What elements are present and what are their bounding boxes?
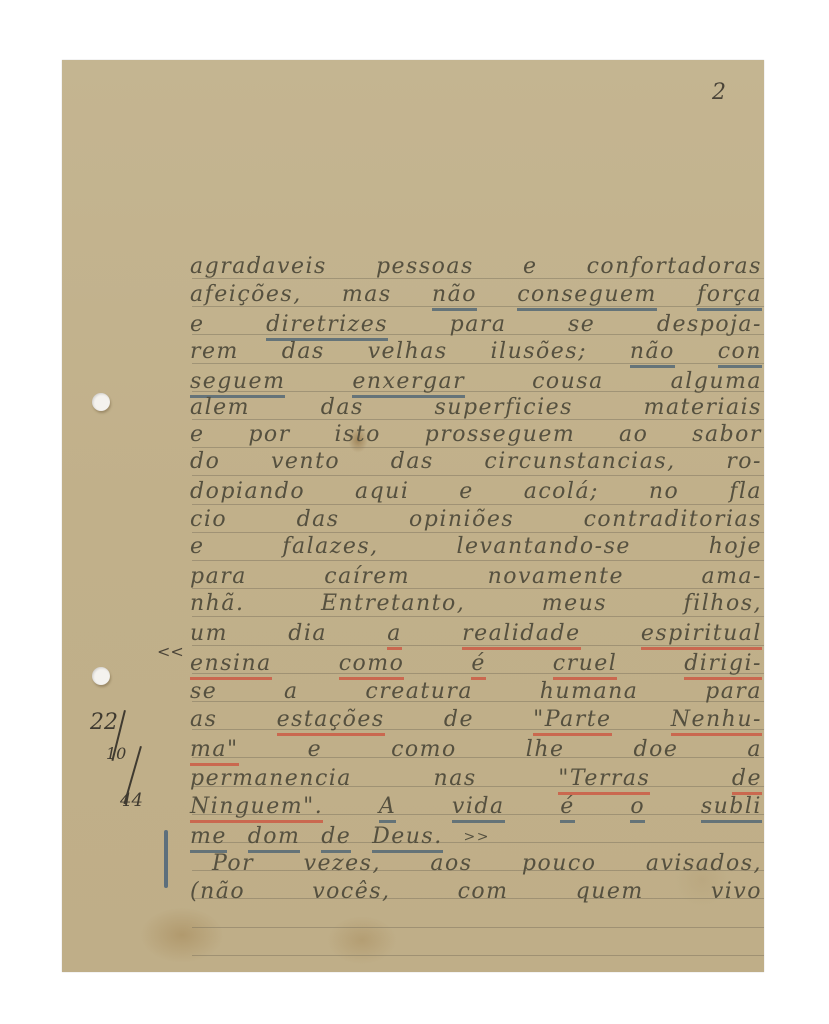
word: falazes, — [282, 535, 378, 559]
word: vento — [271, 450, 340, 474]
word: cousa — [532, 370, 604, 398]
word: afeições, — [190, 283, 302, 311]
word: ama- — [701, 565, 762, 589]
word: a — [284, 680, 299, 704]
close-quote-mark: >> — [464, 825, 490, 853]
text-line: paracaíremnovamenteama- — [190, 565, 762, 589]
binder-hole-bottom — [92, 667, 110, 685]
text-line: Ninguem".Avidaéosubli — [190, 795, 762, 823]
word: das — [297, 508, 340, 532]
word: levantando-se — [456, 535, 630, 559]
word: ensina — [190, 652, 272, 680]
word: mas — [342, 283, 392, 311]
word: despoja- — [657, 313, 762, 341]
ruled-line — [192, 955, 764, 956]
word: do — [190, 450, 220, 474]
word: vida — [452, 795, 505, 823]
text-line: remdasvelhasilusões;nãocon — [190, 340, 762, 368]
word: Deus. — [372, 825, 443, 853]
word: vivo — [711, 880, 762, 904]
text-line: efalazes,levantando-sehoje — [190, 535, 762, 559]
word: opiniões — [409, 508, 514, 532]
word: filhos, — [684, 592, 762, 616]
text-line: seguemenxergarcousaalguma — [190, 370, 762, 398]
text-line: alemdassuperficiesmateriais — [190, 396, 762, 420]
word: A — [379, 795, 396, 823]
word: cio — [190, 508, 227, 532]
word: as — [190, 708, 217, 736]
word: confortadoras — [587, 255, 762, 279]
word: e — [459, 480, 474, 504]
word: "Parte — [533, 708, 611, 736]
word: me — [190, 825, 227, 853]
ruled-line — [192, 560, 764, 561]
word: a — [747, 738, 762, 766]
word: permanencia — [190, 767, 352, 795]
word: nas — [434, 767, 477, 795]
text-line: dopiandoaquieacolá;nofla — [190, 480, 762, 504]
page-number: 2 — [712, 80, 726, 105]
text-line: afeições,masnãoconseguemforça — [190, 283, 762, 311]
word: de — [321, 825, 351, 853]
text-line: asestaçõesde"ParteNenhu- — [190, 708, 762, 736]
word: pouco — [522, 852, 597, 876]
word: novamente — [488, 565, 624, 589]
word: con — [718, 340, 762, 368]
word: para — [190, 565, 247, 589]
text-line: agradaveispessoaseconfortadoras — [190, 255, 762, 279]
word: isto — [334, 423, 380, 447]
word: pessoas — [376, 255, 474, 279]
word: o — [630, 795, 645, 823]
word: vezes, — [304, 852, 381, 876]
word: ro- — [726, 450, 762, 474]
word: realidade — [462, 622, 581, 650]
word: enxergar — [352, 370, 465, 398]
word: avisados, — [646, 852, 762, 876]
word: Ninguem". — [190, 795, 323, 823]
word: acolá; — [524, 480, 599, 504]
text-line: umdiaarealidadeespiritual — [190, 622, 762, 650]
word: alem — [190, 396, 250, 420]
word: das — [391, 450, 434, 474]
word: Por — [212, 852, 254, 876]
word: hoje — [709, 535, 762, 559]
word: quem — [576, 880, 644, 904]
ruled-line — [192, 927, 764, 928]
word: cruel — [553, 652, 618, 680]
word: contraditorias — [584, 508, 762, 532]
word: Nenhu- — [671, 708, 762, 736]
open-quote-mark: << — [157, 642, 184, 661]
word: das — [321, 396, 364, 420]
word: e — [523, 255, 538, 279]
word: Entretanto, — [321, 592, 465, 616]
word: ao — [619, 423, 648, 447]
word: dirigi- — [684, 652, 762, 680]
word: como — [391, 738, 457, 766]
word: não — [630, 340, 675, 368]
text-line: ciodasopiniõescontraditorias — [190, 508, 762, 532]
word: superficies — [434, 396, 572, 420]
word: prosseguem — [425, 423, 576, 447]
word: e — [308, 738, 323, 766]
date-day: 22 — [90, 710, 118, 735]
word: se — [568, 313, 595, 341]
word: se — [190, 680, 217, 704]
word: dom — [248, 825, 301, 853]
word: no — [649, 480, 679, 504]
text-line: doventodascircunstancias,ro- — [190, 450, 762, 474]
word: não — [432, 283, 477, 311]
text-line: nhã.Entretanto,meusfilhos, — [190, 592, 762, 616]
word: para — [705, 680, 762, 704]
word: sabor — [692, 423, 762, 447]
word: rem — [190, 340, 239, 368]
text-line: ma"ecomolhedoea — [190, 738, 762, 766]
word: vocês, — [312, 880, 390, 904]
word: um — [190, 622, 228, 650]
blue-margin-mark — [164, 830, 168, 888]
word: circunstancias, — [484, 450, 675, 474]
ruled-line — [192, 616, 764, 617]
word: e — [190, 313, 205, 341]
date-month: 10 — [106, 744, 126, 763]
word: humana — [540, 680, 639, 704]
word: diretrizes — [266, 313, 388, 341]
word: doe — [634, 738, 679, 766]
text-line: Porvezes,aospoucoavisados, — [212, 852, 762, 876]
word: creatura — [365, 680, 473, 704]
ruled-line — [192, 475, 764, 476]
word: é — [471, 652, 486, 680]
word: dia — [288, 622, 327, 650]
word: das — [282, 340, 325, 368]
word: (não — [190, 880, 245, 904]
word: agradaveis — [190, 255, 327, 279]
word: como — [339, 652, 405, 680]
word: para — [450, 313, 507, 341]
text-line: permanencianas"Terrasde — [190, 767, 762, 795]
word: velhas — [368, 340, 448, 368]
manuscript-page: 2 agradaveispessoaseconfortadorasafeiçõe… — [62, 60, 764, 972]
text-line: ensinacomoécrueldirigi- — [190, 652, 762, 680]
word: subli — [701, 795, 762, 823]
word: e — [190, 535, 205, 559]
word: materiais — [644, 396, 762, 420]
word: meus — [542, 592, 607, 616]
word: com — [458, 880, 509, 904]
word: caírem — [324, 565, 410, 589]
word: alguma — [671, 370, 762, 398]
word: seguem — [190, 370, 285, 398]
word: por — [248, 423, 290, 447]
word: "Terras — [558, 767, 650, 795]
word: ma" — [190, 738, 239, 766]
word: força — [697, 283, 762, 311]
word: aos — [430, 852, 472, 876]
word: conseguem — [517, 283, 657, 311]
text-line: (nãovocês,comquemvivo — [190, 880, 762, 904]
text-line: ediretrizesparasedespoja- — [190, 313, 762, 341]
text-line: medomdeDeus.>> — [190, 825, 490, 853]
word: a — [387, 622, 402, 650]
date-year: 44 — [120, 790, 143, 811]
text-line: eporistoprosseguemaosabor — [190, 423, 762, 447]
word: e — [190, 423, 205, 447]
text-line: seacreaturahumanapara — [190, 680, 762, 704]
word: dopiando — [190, 480, 305, 504]
word: fla — [729, 480, 762, 504]
word: de — [444, 708, 474, 736]
word: lhe — [526, 738, 565, 766]
word: é — [560, 795, 575, 823]
word: de — [732, 767, 762, 795]
binder-hole-top — [92, 393, 110, 411]
word: nhã. — [190, 592, 244, 616]
word: espiritual — [641, 622, 762, 650]
word: ilusões; — [491, 340, 588, 368]
word: estações — [277, 708, 385, 736]
word: aqui — [355, 480, 409, 504]
